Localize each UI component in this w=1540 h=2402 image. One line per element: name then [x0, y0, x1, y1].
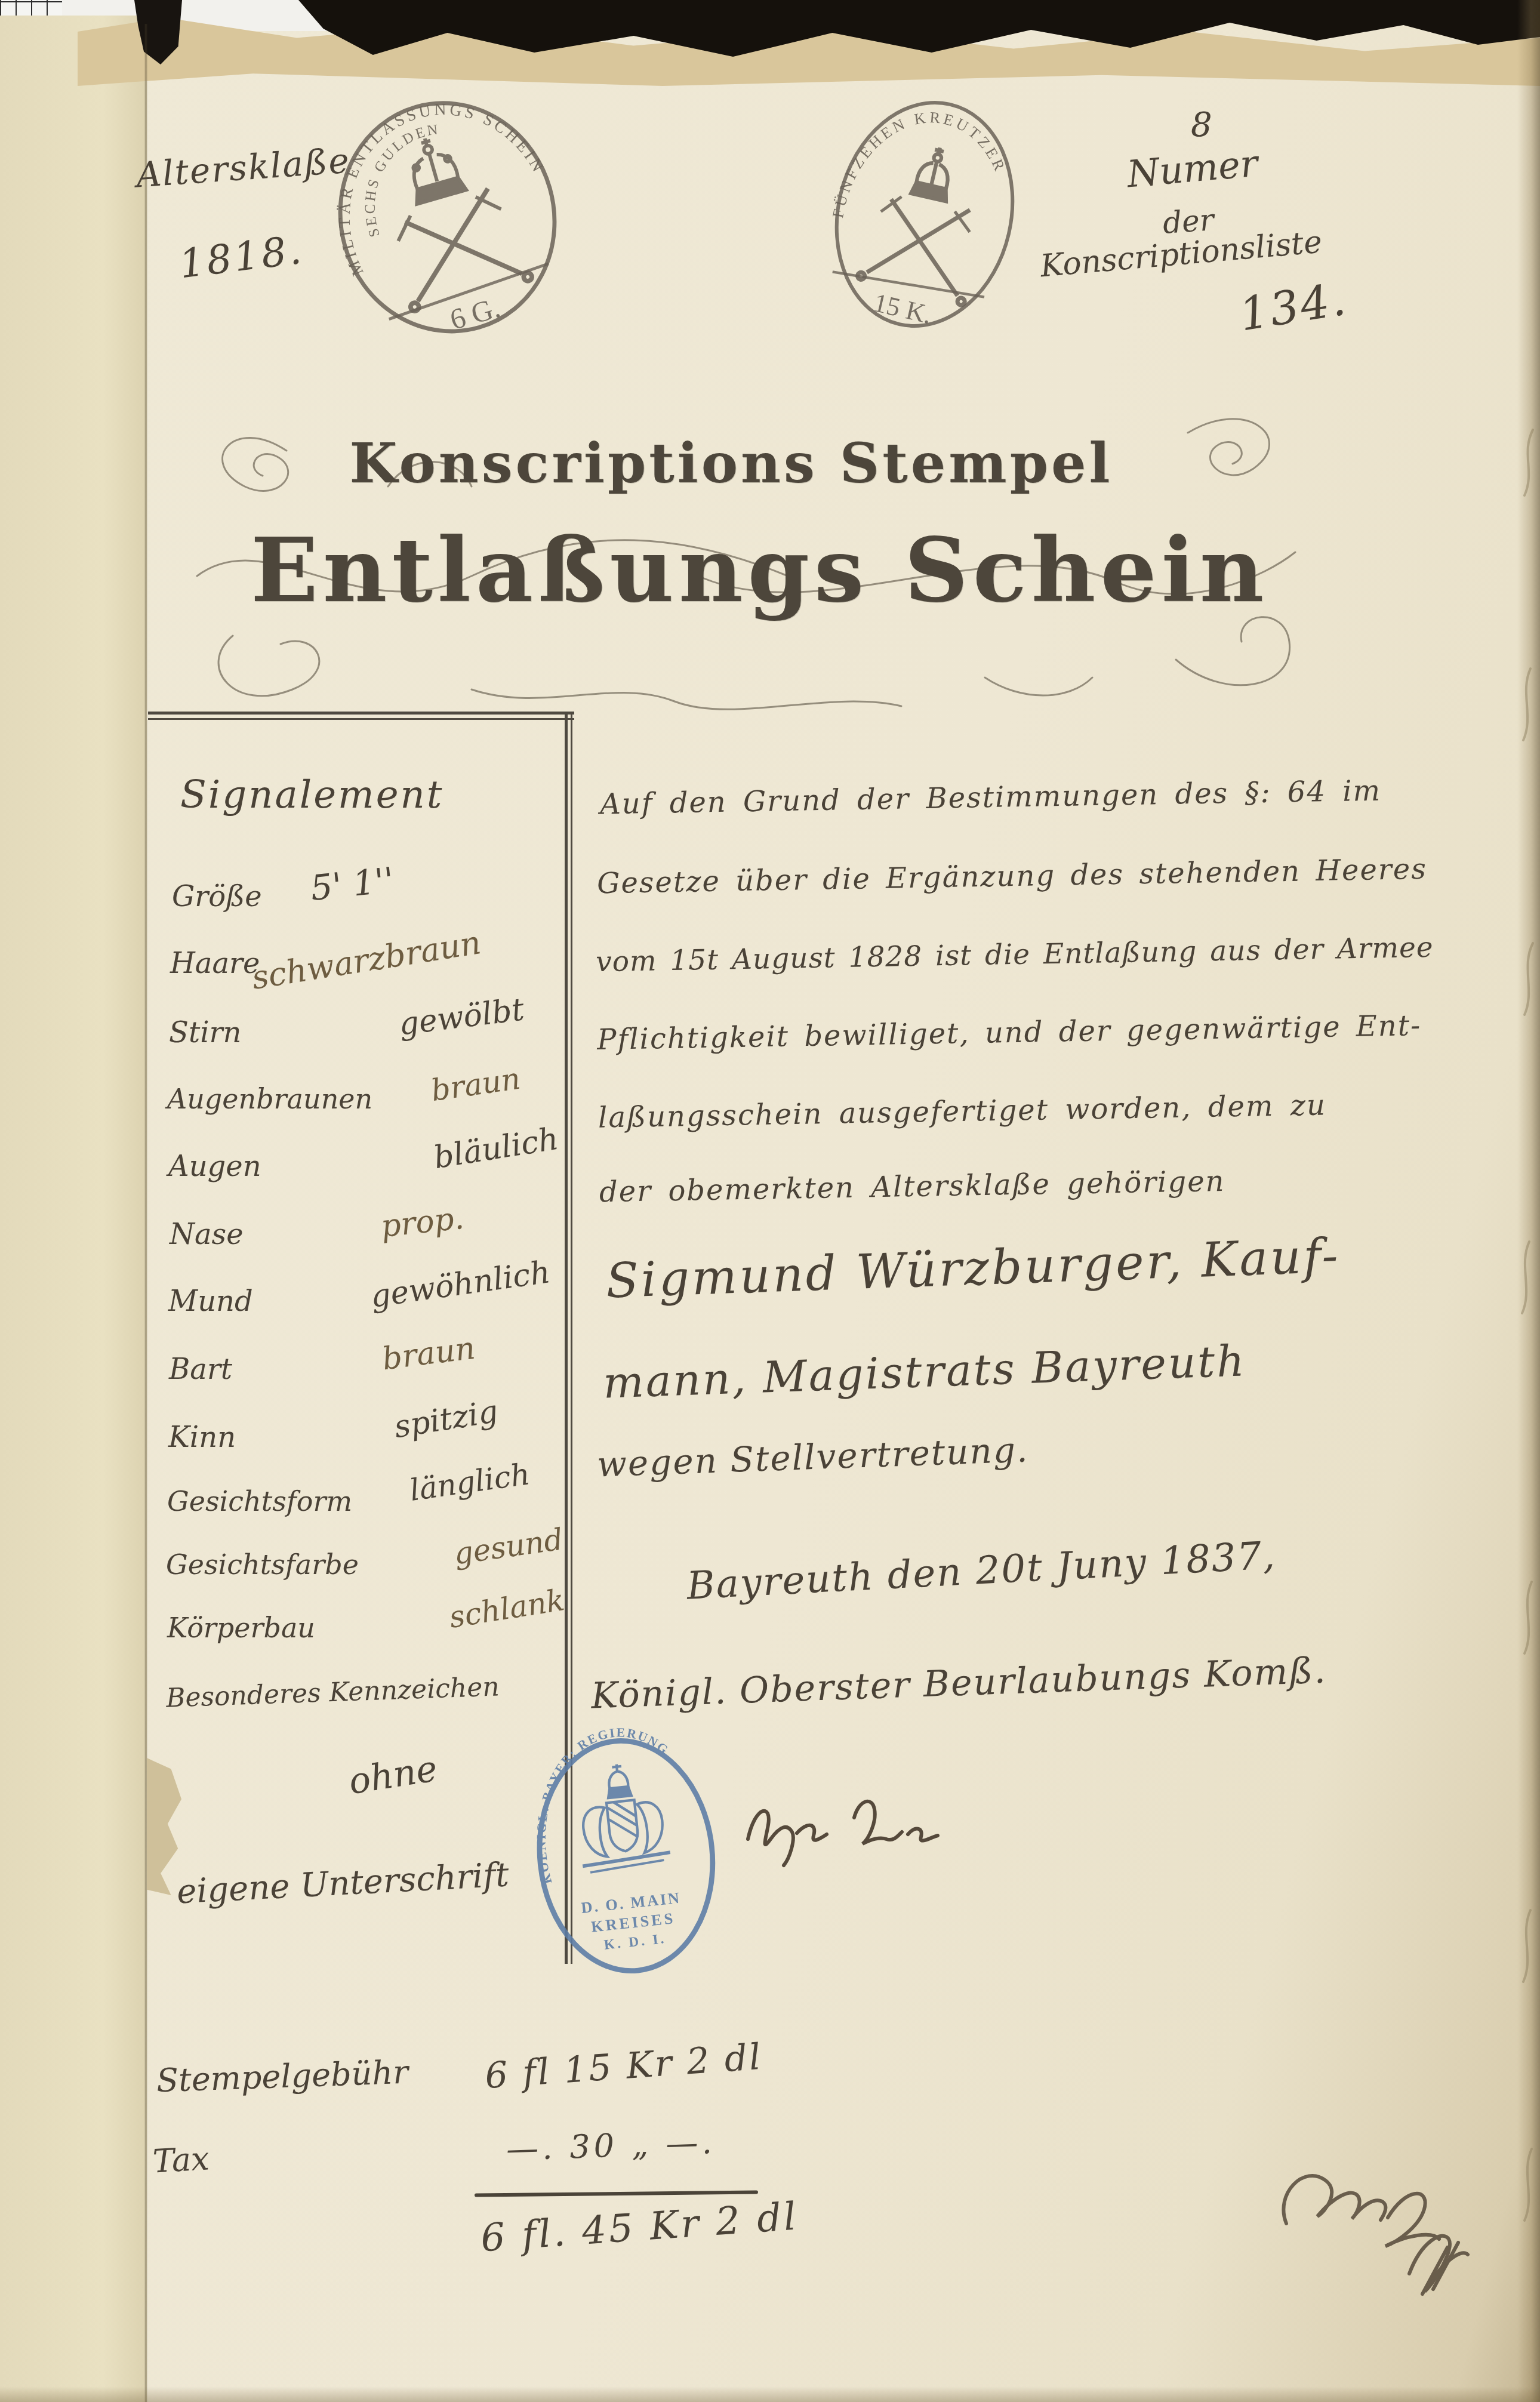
seal-line3: K. D. I.	[603, 1931, 667, 1953]
signalement-label: Stirn	[169, 1018, 241, 1047]
special-marks-value: ohne	[346, 1751, 439, 1800]
authority-line: Königl. Oberster Beurlaubungs Komß.	[590, 1653, 1327, 1714]
signalement-value: gewöhnlich	[369, 1257, 552, 1313]
six-gulden-stamp: MILITÄR ENTLASSUNGS SCHEIN SECHS GULDEN …	[301, 66, 593, 367]
scanned-document: Altersklaße 1818. MILITÄR ENTLASSUNGS SC…	[0, 0, 1540, 2402]
signalement-title: Signalement	[180, 776, 444, 814]
signalement-value: prop.	[380, 1203, 466, 1242]
signalement-label: Augen	[168, 1152, 261, 1181]
body-line: Pflichtigkeit bewilliget, und der gegenw…	[597, 1011, 1422, 1054]
recipient-name-line1: Sigmund Würzburger, Kauf-	[605, 1232, 1341, 1305]
signalement-label: Augenbraunen	[167, 1085, 372, 1113]
signalement-label: Nase	[170, 1220, 244, 1249]
body-line: der obemerkten Altersklaße gehörigen	[599, 1167, 1225, 1206]
body-line: vom 15t August 1828 ist die Entlaßung au…	[596, 934, 1434, 976]
signalement-value: braun	[429, 1064, 522, 1105]
fifteen-kreutzer-stamp: FÜNFZEHEN KREUTZER 15 K.	[804, 76, 1045, 353]
discharge-reason-line: wegen Stellvertretung.	[596, 1432, 1029, 1482]
stamp-value: 15 K.	[871, 288, 935, 329]
signalement-label: Gesichtsfarbe	[166, 1551, 359, 1578]
signalement-label: Haare	[170, 949, 260, 978]
document-title-line1: Konscriptions Stempel	[334, 431, 1128, 495]
own-signature-label: eigene Unterschrift	[176, 1858, 510, 1909]
signalement-label: Körperbau	[167, 1614, 315, 1642]
coat-of-arms	[572, 1760, 672, 1873]
stamp-outer-text: FÜNFZEHEN KREUTZER	[828, 90, 1019, 253]
signalement-label: Bart	[169, 1355, 232, 1384]
underlying-page-edge	[0, 16, 147, 2402]
tax-value: —. 30 „ —.	[506, 2126, 716, 2166]
signalement-value: gesund	[452, 1524, 565, 1569]
signalement-label: Gesichtsform	[167, 1488, 352, 1515]
countersign-paraph	[1268, 2146, 1507, 2319]
age-class-value: 1818.	[177, 230, 306, 285]
signalement-label: Mund	[168, 1287, 253, 1316]
signalement-value: braun	[380, 1333, 476, 1375]
stamp-fee-label: Stempelgebühr	[156, 2056, 409, 2098]
fee-total-value: 6 fl. 45 Kr 2 dl	[479, 2197, 799, 2258]
page-bottom-edge-shadow	[0, 2386, 1540, 2402]
conscription-number: 134.	[1236, 276, 1350, 337]
body-line: Auf den Grund der Bestimmungen des §: 64…	[600, 777, 1382, 819]
signalement-value: schwarzbraun	[250, 926, 483, 994]
stamp-fee-value: 6 fl 15 Kr 2 dl	[483, 2039, 763, 2094]
tax-label: Tax	[152, 2143, 210, 2178]
document-title-line2: Entlaßungs Schein	[251, 518, 1218, 622]
signalement-value: gewölbt	[398, 994, 526, 1040]
conscription-der: der	[1162, 205, 1215, 238]
signalement-label: Größe	[172, 882, 262, 911]
body-line: Gesetze über die Ergänzung des stehenden…	[597, 855, 1428, 898]
svg-text:SECHS GULDEN: SECHS GULDEN	[341, 119, 465, 239]
signalement-value: 5' 1''	[309, 863, 395, 906]
stamp-inner-text: SECHS GULDEN	[341, 119, 465, 239]
special-marks-label: Besonderes Kennzeichen	[165, 1674, 500, 1711]
recipient-name-line2: mann, Magistrats Bayreuth	[602, 1339, 1247, 1405]
conscription-word: Numer	[1126, 145, 1259, 193]
svg-text:FÜNFZEHEN KREUTZER: FÜNFZEHEN KREUTZER	[828, 90, 1019, 253]
signalement-box-top-rule	[148, 712, 574, 720]
royal-bavarian-government-seal: KOENIGL: BAYER: REGIERUNG D. O. MAIN KRE…	[521, 1727, 732, 1986]
corner-number: 8	[1191, 109, 1212, 142]
official-signature-paraph	[737, 1782, 994, 1883]
signalement-value: länglich	[408, 1459, 532, 1505]
body-line: laßungsschein ausgefertiget worden, dem …	[598, 1091, 1327, 1132]
signalement-label: Kinn	[168, 1423, 236, 1452]
page-fold-crease	[144, 24, 147, 2402]
fee-sum-rule	[475, 2191, 758, 2197]
signalement-value: schlank	[447, 1585, 566, 1633]
bleed-through-marks	[1515, 358, 1540, 2268]
signalement-value: spitzig	[392, 1396, 500, 1443]
crossed-swords-icon	[856, 189, 985, 306]
signalement-value: bläulich	[432, 1123, 560, 1174]
crown-icon	[911, 144, 957, 202]
place-date-line: Bayreuth den 20t Juny 1837,	[686, 1536, 1277, 1606]
